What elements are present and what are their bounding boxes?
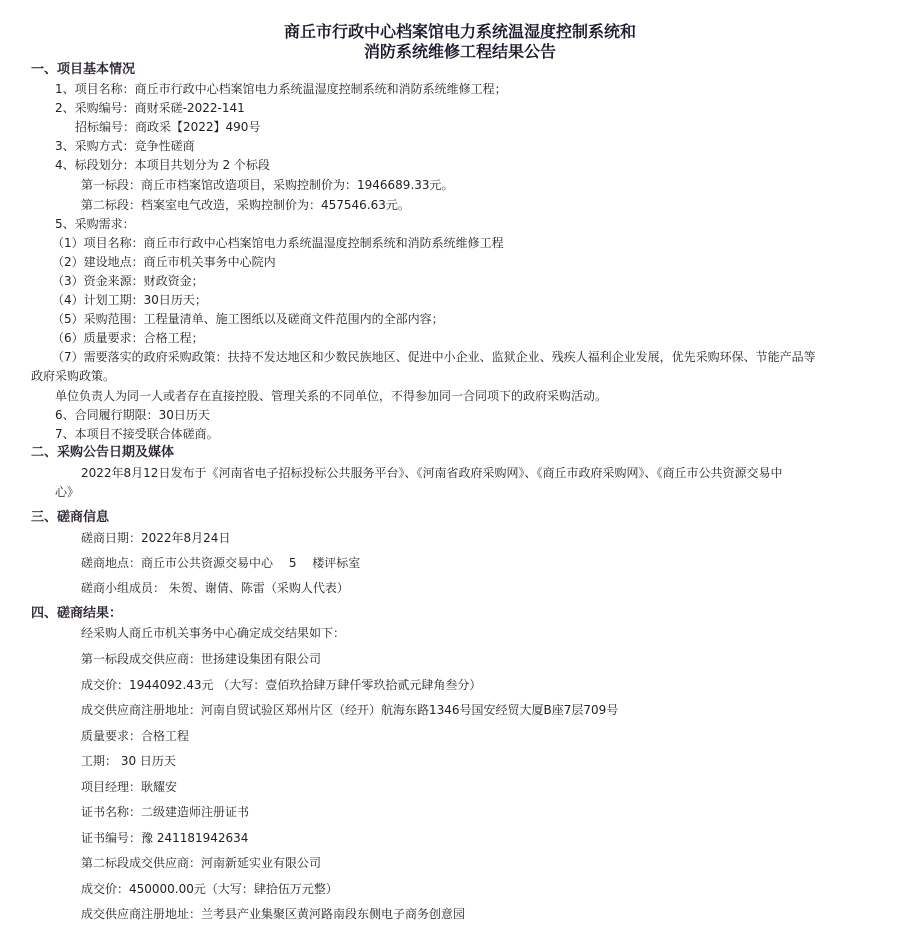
announcement-line: 2022年8月12日发布于《河南省电子招标投标公共服务平台》、《河南省政府采购网… <box>81 464 782 482</box>
lot-2-address: 成交供应商注册地址：兰考县产业集聚区黄河路南段东侧电子商务创意园 <box>81 905 465 923</box>
lot-1-price: 成交价：1944092.43元 （大写：壹佰玖拾肆万肆仟零玖拾贰元肆角叁分） <box>81 676 481 694</box>
lot-1-manager: 项目经理：耿耀安 <box>81 778 177 796</box>
section-heading: 四、磋商结果： <box>31 605 122 623</box>
tender-number: 招标编号：商政采【2022】490号 <box>75 118 260 136</box>
lot-2-info: 第二标段：档案室电气改造，采购控制价为：457546.63元。 <box>81 196 410 214</box>
requirement-item: （6）质量要求：合格工程； <box>52 329 204 347</box>
requirement-item-cont: 政府采购政策。 <box>31 367 115 385</box>
procurement-method: 3、采购方式：竞争性磋商 <box>55 137 195 155</box>
lot-1-info: 第一标段：商丘市档案馆改造项目，采购控制价为：1946689.33元。 <box>81 176 454 194</box>
requirement-item: （4）计划工期：30日历天； <box>52 291 207 309</box>
lot-division: 4、标段划分：本项目共划分为 2 个标段 <box>55 156 270 174</box>
lot-1-address: 成交供应商注册地址：河南自贸试验区郑州片区（经开）航海东路1346号国安经贸大厦… <box>81 701 618 719</box>
no-consortium: 7、本项目不接受联合体磋商。 <box>55 425 219 443</box>
announcement-line-cont: 心》 <box>55 483 79 501</box>
lot-1-quality: 质量要求：合格工程 <box>81 727 189 745</box>
consultation-members: 磋商小组成员： 朱贺、谢倩、陈雷（采购人代表） <box>81 579 349 597</box>
requirements-label: 5、采购需求： <box>55 215 135 233</box>
project-name: 1、项目名称：商丘市行政中心档案馆电力系统温湿度控制系统和消防系统维修工程； <box>55 80 507 98</box>
section-heading: 二、采购公告日期及媒体 <box>31 444 174 462</box>
consultation-date: 磋商日期：2022年8月24日 <box>81 529 230 547</box>
section-heading: 三、磋商信息 <box>31 509 109 527</box>
title-line-1: 商丘市行政中心档案馆电力系统温湿度控制系统和 <box>0 22 920 42</box>
title-line-2: 消防系统维修工程结果公告 <box>0 42 920 62</box>
consultation-place: 磋商地点：商丘市公共资源交易中心 5 楼评标室 <box>81 554 360 572</box>
lot-1-supplier: 第一标段成交供应商：世扬建设集团有限公司 <box>81 650 321 668</box>
restriction-note: 单位负责人为同一人或者存在直接控股、管理关系的不同单位，不得参加同一合同项下的政… <box>55 387 607 405</box>
lot-2-supplier: 第二标段成交供应商：河南新延实业有限公司 <box>81 854 321 872</box>
result-intro: 经采购人商丘市机关事务中心确定成交结果如下： <box>81 624 345 642</box>
requirement-item: （7）需要落实的政府采购政策：扶持不发达地区和少数民族地区、促进中小企业、监狱企… <box>52 348 816 366</box>
requirement-item: （5）采购范围：工程量清单、施工图纸以及磋商文件范围内的全部内容； <box>52 310 444 328</box>
requirement-item: （3）资金来源：财政资金； <box>52 272 204 290</box>
requirement-item: （1）项目名称：商丘市行政中心档案馆电力系统温湿度控制系统和消防系统维修工程 <box>52 234 504 252</box>
lot-1-cert-name: 证书名称：二级建造师注册证书 <box>81 803 249 821</box>
contract-period: 6、合同履行期限：30日历天 <box>55 406 210 424</box>
lot-1-period: 工期： 30 日历天 <box>81 752 176 770</box>
section-heading: 一、项目基本情况 <box>31 61 135 79</box>
procurement-number: 2、采购编号：商财采磋-2022-141 <box>55 99 245 117</box>
lot-2-price: 成交价：450000.00元（大写：肆拾伍万元整） <box>81 880 338 898</box>
requirement-item: （2）建设地点：商丘市机关事务中心院内 <box>52 253 276 271</box>
lot-1-cert-number: 证书编号：豫 241181942634 <box>81 829 248 847</box>
